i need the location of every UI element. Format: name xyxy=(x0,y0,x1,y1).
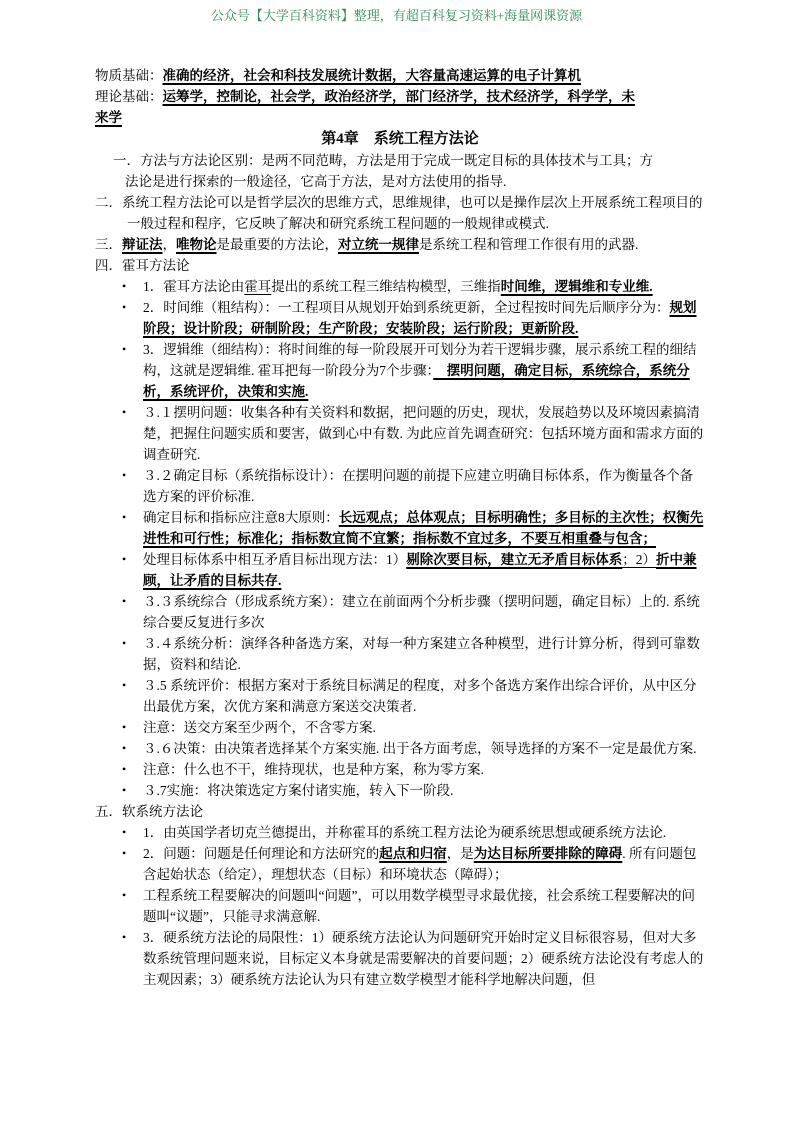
bullet-text: 1．由英国学者切克兰德提出，并称霍耳的系统工程方法论为硬系统思想或硬系统方法论. xyxy=(143,825,666,840)
bullet-icon: • xyxy=(122,465,126,486)
bullet-icon: • xyxy=(122,549,126,570)
bullet-hard-system-limitations: • 3．硬系统方法论的局限性：1）硬系统方法论认为问题研究开始时定义目标很容易，… xyxy=(95,927,705,990)
item-method-vs-methodology: 一．方法与方法论区别：是两不同范畴，方法是用于完成一既定目标的具体技术与工具；方… xyxy=(113,150,665,192)
document-page: 公众号【大学百科资料】整理，有超百科复习资料+海量网课资源 物质基础：准确的经济… xyxy=(0,0,793,1122)
bullet-text: ３.１摆明问题：收集各种有关资料和数据，把问题的历史，现状，发展趋势以及环境因素… xyxy=(143,405,703,462)
bullet-text: 工程系统工程要解决的问题叫“问题”，可以用数学模型寻求最优接，社会系统工程要解决… xyxy=(143,888,695,924)
item-soft-system-methodology: 五．软系统方法论 xyxy=(95,801,705,822)
bullet-text: ３.２确定目标（系统指标设计）：在摆明问题的前提下应建立明确目标体系，作为衡量各… xyxy=(143,468,693,504)
bullet-text: 3．硬系统方法论的局限性：1）硬系统方法论认为问题研究开始时定义目标很容易，但对… xyxy=(143,930,703,987)
bullet-icon: • xyxy=(122,717,126,738)
bullet-icon: • xyxy=(122,591,126,612)
bullet-eight-principles: • 确定目标和指标应注意8大原则：长远观点；总体观点；目标明确性；多目标的主次性… xyxy=(95,507,705,549)
bullet-step-state-problem: • ３.１摆明问题：收集各种有关资料和数据，把问题的历史，现状，发展趋势以及环境… xyxy=(95,402,705,465)
bullet-icon: • xyxy=(122,738,126,759)
bullet-text: 注意：什么也不干，维持现状，也是种方案，称为零方案. xyxy=(143,762,484,777)
bullet-step-set-goals: • ３.２确定目标（系统指标设计）：在摆明问题的前提下应建立明确目标体系，作为衡… xyxy=(95,465,705,507)
bullet-text: 2．时间维（粗结构）：一工程项目从规划开始到系统更新，全过程按时间先后顺序分为：… xyxy=(143,300,697,336)
bullet-icon: • xyxy=(122,675,126,696)
bullet-text: 1．霍耳方法论由霍耳提出的系统工程三维结构模型，三维指时间维，逻辑维和专业维. xyxy=(143,279,653,294)
bullet-icon: • xyxy=(122,780,126,801)
intro-section: 物质基础：准确的经济，社会和科技发展统计数据，大容量高速运算的电子计算机 理论基… xyxy=(95,65,705,128)
bullet-icon: • xyxy=(122,402,126,423)
bullet-icon: • xyxy=(122,297,126,318)
bullet-text: ３.３系统综合（形成系统方案）：建立在前面两个分析步骤（摆明问题，确定目标）上的… xyxy=(143,594,700,630)
bullet-text: 3．逻辑维（细结构）：将时间维的每一阶段展开可划分为若干逻辑步骤，展示系统工程的… xyxy=(143,342,697,399)
bullet-step-implementation: • ３.7实施：将决策选定方案付诸实施，转入下一阶段. xyxy=(95,780,705,801)
item-dialectics: 三．辩证法，唯物论是最重要的方法论，对立统一规律是系统工程和管理工作很有用的武器… xyxy=(95,234,705,255)
bullet-step-system-evaluation: • ３.5 系统评价：根据方案对于系统目标满足的程度，对多个备选方案作出综合评价… xyxy=(95,675,705,717)
promo-header: 公众号【大学百科资料】整理，有超百科复习资料+海量网课资源 xyxy=(0,0,793,25)
bullet-text: 注意：送交方案至少两个，不含零方案. xyxy=(143,720,376,735)
bullet-text: 处理目标体系中相互矛盾目标出现方法：1）剔除次要目标，建立无矛盾目标体系；2）折… xyxy=(143,552,697,588)
item-hall-methodology: 四．霍耳方法论 xyxy=(95,255,705,276)
bullet-icon: • xyxy=(122,885,126,906)
bullet-time-dimension: • 2．时间维（粗结构）：一工程项目从规划开始到系统更新，全过程按时间先后顺序分… xyxy=(95,297,705,339)
document-body: 物质基础：准确的经济，社会和科技发展统计数据，大容量高速运算的电子计算机 理论基… xyxy=(0,65,793,990)
bullet-problem-vs-issue: • 工程系统工程要解决的问题叫“问题”，可以用数学模型寻求最优接，社会系统工程要… xyxy=(95,885,705,927)
bullet-hall-3d-model: • 1．霍耳方法论由霍耳提出的系统工程三维结构模型，三维指时间维，逻辑维和专业维… xyxy=(95,276,705,297)
bullet-step-system-analysis: • ３.４系统分析：演绎各种备选方案，对每一种方案建立各种模型，进行计算分析，得… xyxy=(95,633,705,675)
bullet-note-two-plans: • 注意：送交方案至少两个，不含零方案. xyxy=(95,717,705,738)
bullet-icon: • xyxy=(122,507,126,528)
bullet-icon: • xyxy=(122,276,126,297)
bullet-step-decision: • ３.６决策：由决策者选择某个方案实施. 出于各方面考虑，领导选择的方案不一定… xyxy=(95,738,705,759)
bullet-icon: • xyxy=(122,927,126,948)
bullet-text: 确定目标和指标应注意8大原则：长远观点；总体观点；目标明确性；多目标的主次性；权… xyxy=(143,510,703,546)
bullet-icon: • xyxy=(122,843,126,864)
item-methodology-levels: 二．系统工程方法论可以是哲学层次的思维方式，思维规律，也可以是操作层次上开展系统… xyxy=(95,192,705,234)
bullet-conflict-goals: • 处理目标体系中相互矛盾目标出现方法：1）剔除次要目标，建立无矛盾目标体系；2… xyxy=(95,549,705,591)
bullet-text: ３.5 系统评价：根据方案对于系统目标满足的程度，对多个备选方案作出综合评价，从… xyxy=(143,678,697,714)
bullet-icon: • xyxy=(122,339,126,360)
bullet-checkland: • 1．由英国学者切克兰德提出，并称霍耳的系统工程方法论为硬系统思想或硬系统方法… xyxy=(95,822,705,843)
bullet-logic-dimension: • 3．逻辑维（细结构）：将时间维的每一阶段展开可划分为若干逻辑步骤，展示系统工… xyxy=(95,339,705,402)
bullet-text: 2．问题：问题是任何理论和方法研究的起点和归宿，是为达目标所要排除的障碍. 所有… xyxy=(143,846,697,882)
bullet-text: ３.６决策：由决策者选择某个方案实施. 出于各方面考虑，领导选择的方案不一定是最… xyxy=(143,741,697,756)
bullet-icon: • xyxy=(122,822,126,843)
bullet-icon: • xyxy=(122,633,126,654)
bullet-step-system-synthesis: • ３.３系统综合（形成系统方案）：建立在前面两个分析步骤（摆明问题，确定目标）… xyxy=(95,591,705,633)
bullet-text: ３.7实施：将决策选定方案付诸实施，转入下一阶段. xyxy=(143,783,454,798)
bullet-note-zero-plan: • 注意：什么也不干，维持现状，也是种方案，称为零方案. xyxy=(95,759,705,780)
bullet-problem-definition: • 2．问题：问题是任何理论和方法研究的起点和归宿，是为达目标所要排除的障碍. … xyxy=(95,843,705,885)
materials-basis-line: 物质基础：准确的经济，社会和科技发展统计数据，大容量高速运算的电子计算机 xyxy=(95,65,640,86)
chapter-heading: 第4章 系统工程方法论 xyxy=(95,128,705,150)
theory-basis-line: 理论基础：运筹学，控制论，社会学，政治经济学，部门经济学，技术经济学，科学学，未… xyxy=(95,86,640,128)
bullet-text: ３.４系统分析：演绎各种备选方案，对每一种方案建立各种模型，进行计算分析，得到可… xyxy=(143,636,700,672)
bullet-icon: • xyxy=(122,759,126,780)
